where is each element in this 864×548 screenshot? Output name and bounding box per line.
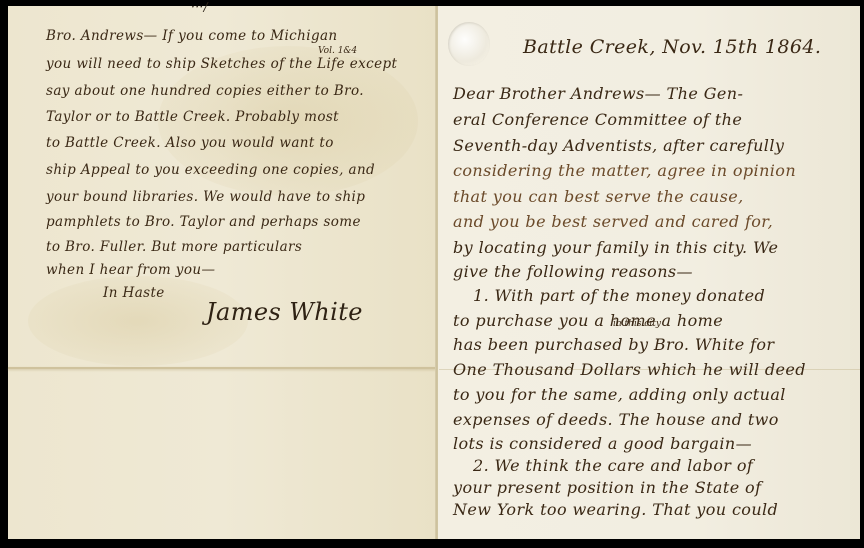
horizontal-fold-crease: [8, 367, 436, 369]
right-line-18: New York too wearing. That you could: [453, 500, 778, 519]
left-insertion: Vol. 1&4: [318, 46, 357, 56]
right-insertion: in this city: [613, 319, 661, 329]
right-line-15: lots is considered a good bargain—: [453, 434, 752, 453]
right-line-2: eral Conference Committee of the: [453, 110, 742, 129]
right-line-8: give the following reasons—: [453, 262, 693, 281]
left-page: ···/ Bro. Andrews— If you come to Michig…: [8, 6, 436, 539]
left-line-5: to Battle Creek. Also you would want to: [46, 135, 334, 151]
right-line-7: by locating your family in this city. We: [453, 238, 778, 257]
right-line-4: considering the matter, agree in opinion: [453, 161, 796, 180]
right-line-6: and you be best served and cared for,: [453, 212, 773, 231]
left-line-9: to Bro. Fuller. But more particulars: [46, 239, 302, 255]
right-line-13: to you for the same, adding only actual: [453, 385, 786, 404]
right-line-12: One Thousand Dollars which he will deed: [453, 360, 806, 379]
left-line-8: pamphlets to Bro. Taylor and perhaps som…: [46, 214, 361, 230]
closing: In Haste: [103, 285, 165, 301]
left-line-6: ship Appeal to you exceeding one copies,…: [46, 162, 375, 178]
signature: James White: [206, 298, 363, 326]
right-line-5: that you can best serve the cause,: [453, 187, 744, 206]
right-line-3: Seventh-day Adventists, after carefully: [453, 136, 784, 155]
right-line-14: expenses of deeds. The house and two: [453, 410, 779, 429]
left-line-3: say about one hundred copies either to B…: [46, 83, 364, 99]
right-line-17: your present position in the State of: [453, 478, 761, 497]
left-line-1: Bro. Andrews— If you come to Michigan: [46, 28, 338, 44]
dateline: Battle Creek, Nov. 15th 1864.: [523, 36, 821, 58]
left-line-4: Taylor or to Battle Creek. Probably most: [46, 109, 339, 125]
letter-sheet: ···/ Bro. Andrews— If you come to Michig…: [8, 6, 860, 539]
left-line-10: when I hear from you—: [46, 262, 215, 278]
right-line-16: 2. We think the care and labor of: [473, 456, 753, 475]
left-line-2: you will need to ship Sketches of the Li…: [46, 56, 397, 72]
right-line-9: 1. With part of the money donated: [473, 286, 765, 305]
left-line-7: your bound libraries. We would have to s…: [46, 189, 365, 205]
right-line-1: Dear Brother Andrews— The Gen-: [453, 84, 743, 103]
top-fragment: ···/: [191, 0, 208, 14]
embossed-seal-icon: [448, 22, 490, 66]
right-line-10: to purchase you a home a home: [453, 311, 723, 330]
right-line-11: has been purchased by Bro. White for: [453, 335, 774, 354]
